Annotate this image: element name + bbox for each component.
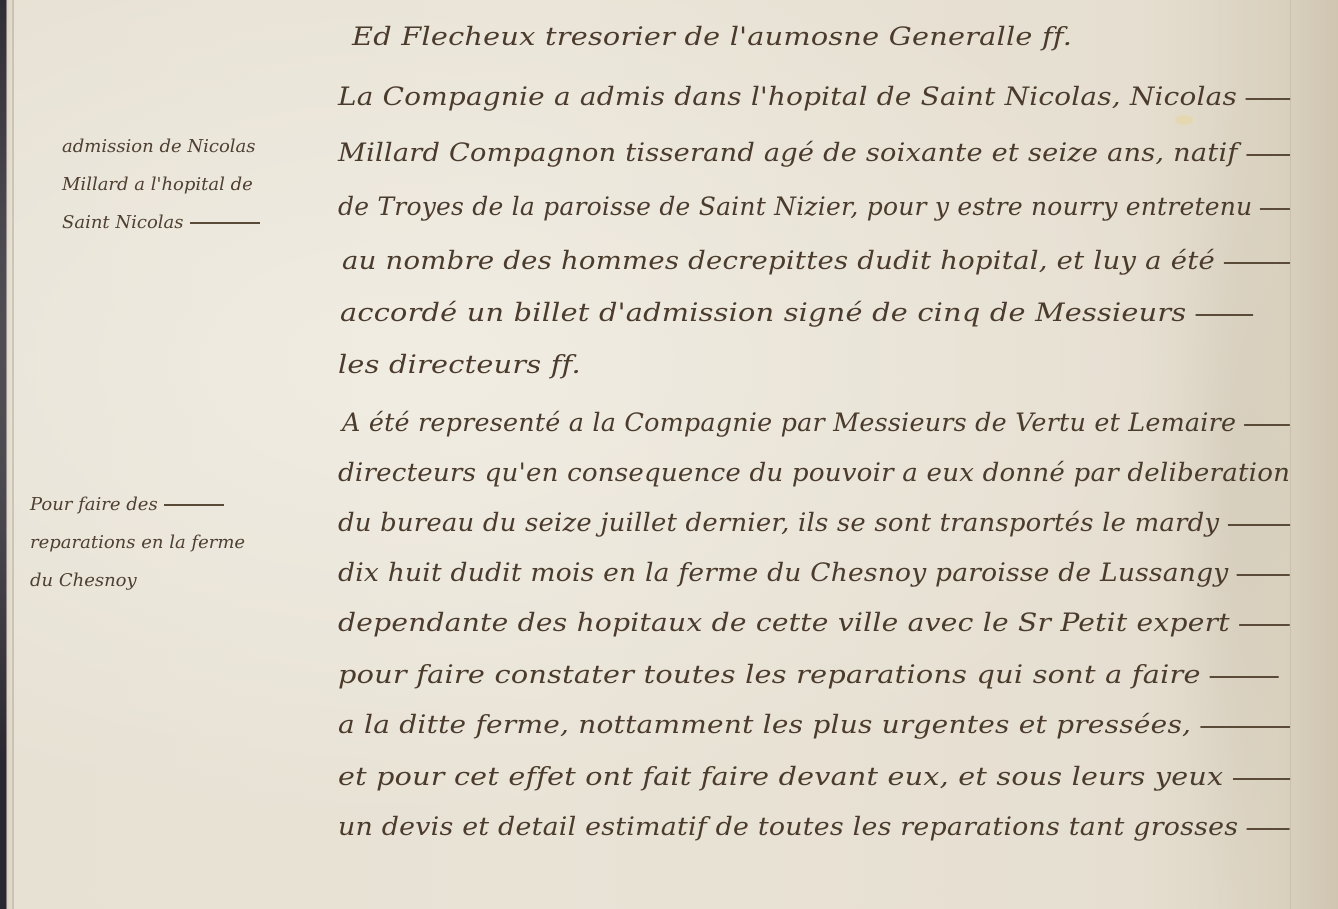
body-line: du bureau du seize juillet dernier, ils … [338, 508, 1290, 537]
margin-note-line: Millard a l'hopital de [62, 166, 260, 204]
body-line: La Compagnie a admis dans l'hopital de S… [338, 82, 1291, 111]
margin-note-reparations: Pour faire des reparations en la ferme d… [30, 486, 245, 600]
body-line: Ed Flecheux tresorier de l'aumosne Gener… [352, 22, 1072, 51]
paper-stain [1175, 115, 1193, 125]
margin-note-line: reparations en la ferme [30, 524, 245, 562]
body-line: au nombre des hommes decrepittes dudit h… [342, 246, 1290, 275]
body-line: un devis et detail estimatif de toutes l… [338, 812, 1290, 841]
body-line: Millard Compagnon tisserand agé de soixa… [338, 138, 1290, 167]
body-line: de Troyes de la paroisse de Saint Nizier… [338, 192, 1290, 221]
body-line: A été representé a la Compagnie par Mess… [342, 408, 1290, 437]
body-line: a la ditte ferme, nottamment les plus ur… [338, 710, 1290, 739]
body-line: dependante des hopitaux de cette ville a… [338, 608, 1289, 637]
margin-rule [1290, 0, 1291, 909]
body-line: et pour cet effet ont fait faire devant … [338, 762, 1290, 791]
margin-note-line: du Chesnoy [30, 562, 245, 600]
body-line: pour faire constater toutes les reparati… [338, 660, 1279, 689]
body-line: accordé un billet d'admission signé de c… [340, 298, 1253, 327]
margin-note-admission: admission de Nicolas Millard a l'hopital… [62, 128, 260, 242]
binding-edge [12, 0, 14, 909]
manuscript-page: admission de Nicolas Millard a l'hopital… [0, 0, 1338, 909]
body-line: dix huit dudit mois en la ferme du Chesn… [338, 558, 1290, 587]
body-line: les directeurs ff. [338, 350, 581, 379]
margin-note-line: Pour faire des [30, 486, 245, 524]
margin-note-line: admission de Nicolas [62, 128, 260, 166]
margin-note-line: Saint Nicolas [62, 204, 260, 242]
body-line: directeurs qu'en consequence du pouvoir … [338, 458, 1290, 487]
